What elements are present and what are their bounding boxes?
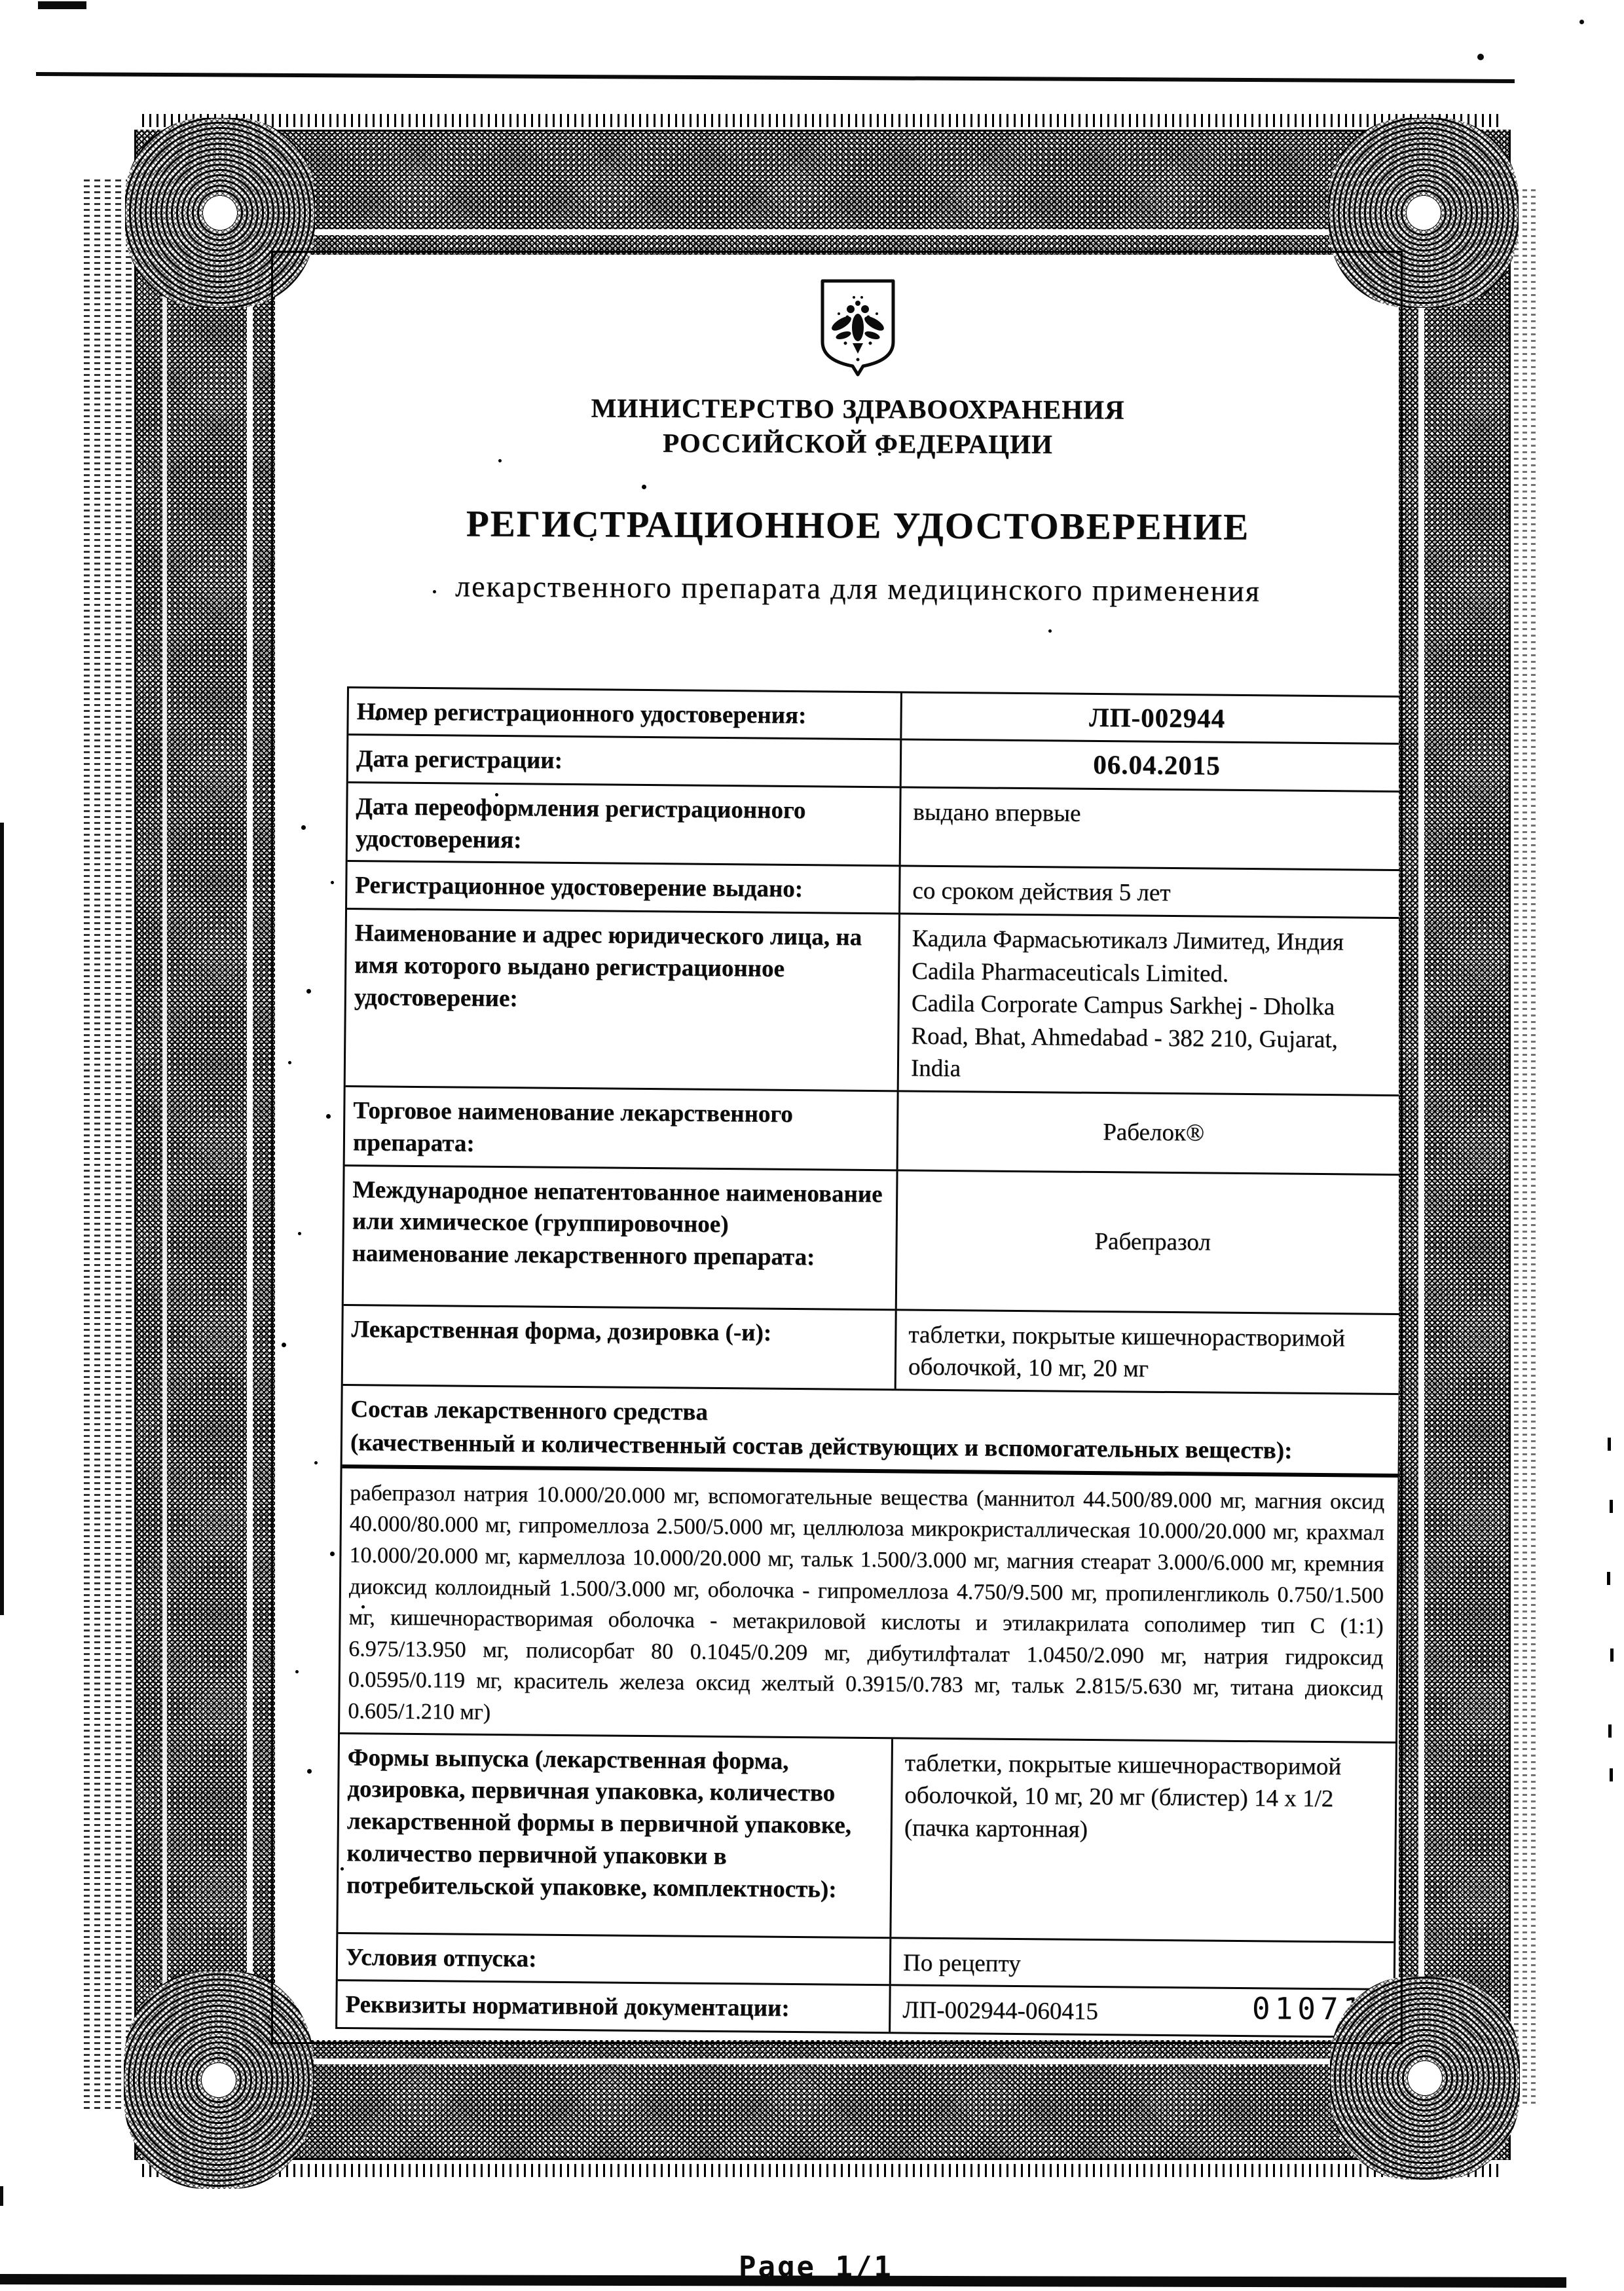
border-band-left <box>134 130 275 2160</box>
scan-artifact-tick <box>0 2186 3 2206</box>
scan-artifact-bottom-line <box>0 2274 1566 2288</box>
border-inner-line <box>271 251 1403 2044</box>
scan-artifact-dot <box>1579 20 1584 24</box>
scan-artifact-edge-line <box>0 823 4 1615</box>
border-fringe-bottom <box>142 2164 1503 2177</box>
certificate-page: МИНИСТЕРСТВО ЗДРАВООХРАНЕНИЯ РОССИЙСКОЙ … <box>0 0 1624 2291</box>
border-fringe-top <box>142 114 1503 127</box>
border-lace-fringe-right <box>1514 185 1538 2104</box>
scan-artifact-dot <box>1477 54 1484 60</box>
border-band-bottom <box>134 2040 1511 2160</box>
scan-artifact-edge-dashes <box>1608 1438 1611 1451</box>
scan-artifact-dash <box>38 1 86 9</box>
scan-noise-specks <box>0 0 2 2</box>
scan-artifact-line <box>36 72 1515 83</box>
border-band-right <box>1399 130 1511 2160</box>
decorative-border <box>134 130 1511 2160</box>
border-band-top <box>134 130 1511 255</box>
border-lace-fringe-left <box>84 177 133 2109</box>
